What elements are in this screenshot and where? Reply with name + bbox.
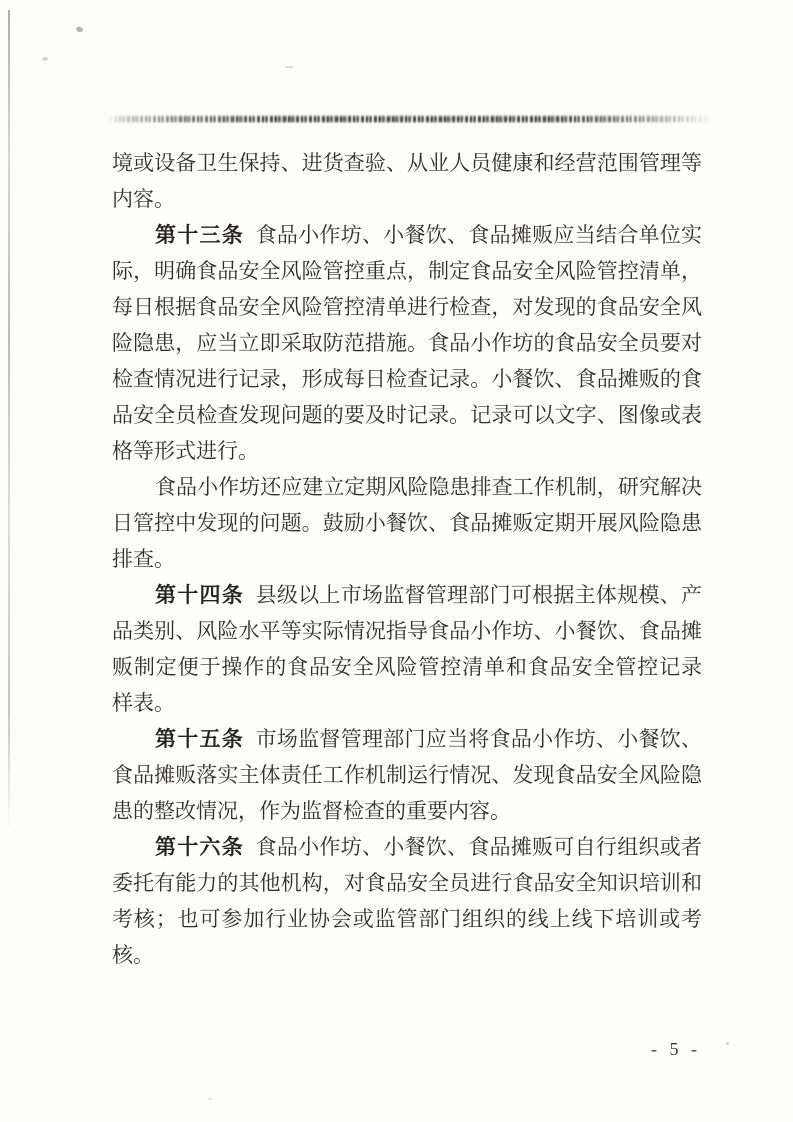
line-text: 格等形式进行。 xyxy=(112,439,259,463)
document-line: 贩制定便于操作的食品安全风险管控清单和食品安全管控记录 xyxy=(112,649,702,685)
document-line: 核。 xyxy=(112,937,702,973)
line-text: 食品小作坊、小餐饮、食品摊贩可自行组织或者 xyxy=(256,835,702,859)
line-text: 市场监督管理部门应当将食品小作坊、小餐饮、 xyxy=(256,727,702,751)
scan-edge-line-artifact xyxy=(8,10,10,830)
line-text: 险隐患，应当立即采取防范措施。食品小作坊的食品安全员要对 xyxy=(112,331,702,355)
article-heading: 第十五条 xyxy=(155,728,244,751)
document-line: 第十四条县级以上市场监督管理部门可根据主体规模、产 xyxy=(112,577,702,613)
line-text: 食品摊贩落实主体责任工作机制运行情况、发现食品安全风险隐 xyxy=(112,763,702,787)
document-line: 第十五条市场监督管理部门应当将食品小作坊、小餐饮、 xyxy=(112,721,702,757)
line-text: 考核；也可参加行业协会或监管部门组织的线上线下培训或考 xyxy=(112,907,702,931)
line-text: 际，明确食品安全风险管控重点，制定食品安全风险管控清单， xyxy=(112,259,702,283)
document-line: 险隐患，应当立即采取防范措施。食品小作坊的食品安全员要对 xyxy=(112,325,702,361)
document-line: 委托有能力的其他机构，对食品安全员进行食品安全知识培训和 xyxy=(112,865,702,901)
line-text: 食品小作坊、小餐饮、食品摊贩应当结合单位实 xyxy=(256,223,702,247)
document-line: 第十三条食品小作坊、小餐饮、食品摊贩应当结合单位实 xyxy=(112,217,702,253)
line-text: 县级以上市场监督管理部门可根据主体规模、产 xyxy=(256,583,702,607)
line-text: 贩制定便于操作的食品安全风险管控清单和食品安全管控记录 xyxy=(112,655,702,679)
line-text: 检查情况进行记录，形成每日检查记录。小餐饮、食品摊贩的食 xyxy=(112,367,702,391)
line-text: 境或设备卫生保持、进货查验、从业人员健康和经营范围管理等 xyxy=(112,151,702,175)
line-text: 品类别、风险水平等实际情况指导食品小作坊、小餐饮、食品摊 xyxy=(112,619,702,643)
line-text: 患的整改情况，作为监督检查的重要内容。 xyxy=(112,799,511,823)
document-line: 品安全员检查发现问题的要及时记录。记录可以文字、图像或表 xyxy=(112,397,702,433)
scan-smudge-artifact xyxy=(106,112,712,126)
article-heading: 第十四条 xyxy=(155,584,244,607)
document-line: 样表。 xyxy=(112,685,702,721)
document-line: 际，明确食品安全风险管控重点，制定食品安全风险管控清单， xyxy=(112,253,702,289)
scan-speck xyxy=(208,1098,212,1100)
document-line: 格等形式进行。 xyxy=(112,433,702,469)
document-line: 内容。 xyxy=(112,181,702,217)
document-line: 品类别、风险水平等实际情况指导食品小作坊、小餐饮、食品摊 xyxy=(112,613,702,649)
document-line: 考核；也可参加行业协会或监管部门组织的线上线下培训或考 xyxy=(112,901,702,937)
document-line: 第十六条食品小作坊、小餐饮、食品摊贩可自行组织或者 xyxy=(112,829,702,865)
scan-speck xyxy=(75,26,83,33)
document-line: 患的整改情况，作为监督检查的重要内容。 xyxy=(112,793,702,829)
line-text: 品安全员检查发现问题的要及时记录。记录可以文字、图像或表 xyxy=(112,403,702,427)
scan-smudge-texture xyxy=(106,115,712,123)
document-line: 境或设备卫生保持、进货查验、从业人员健康和经营范围管理等 xyxy=(112,145,702,181)
scan-speck xyxy=(726,1042,729,1045)
line-text: 内容。 xyxy=(112,187,175,211)
scanned-document-page: 境或设备卫生保持、进货查验、从业人员健康和经营范围管理等内容。第十三条食品小作坊… xyxy=(0,0,793,1122)
document-line: 日管控中发现的问题。鼓励小餐饮、食品摊贩定期开展风险隐患 xyxy=(112,505,702,541)
document-line: 排查。 xyxy=(112,541,702,577)
scan-speck xyxy=(42,57,48,61)
document-body: 境或设备卫生保持、进货查验、从业人员健康和经营范围管理等内容。第十三条食品小作坊… xyxy=(112,145,702,973)
document-line: 每日根据食品安全风险管控清单进行检查，对发现的食品安全风 xyxy=(112,289,702,325)
document-line: 食品小作坊还应建立定期风险隐患排查工作机制，研究解决 xyxy=(112,469,702,505)
page-number: - 5 - xyxy=(646,1036,706,1062)
line-text: 食品小作坊还应建立定期风险隐患排查工作机制，研究解决 xyxy=(155,475,702,499)
line-text: 每日根据食品安全风险管控清单进行检查，对发现的食品安全风 xyxy=(112,295,702,319)
document-line: 检查情况进行记录，形成每日检查记录。小餐饮、食品摊贩的食 xyxy=(112,361,702,397)
article-heading: 第十六条 xyxy=(155,836,244,859)
line-text: 核。 xyxy=(112,943,154,967)
scan-speck xyxy=(285,66,293,68)
line-text: 排查。 xyxy=(112,547,175,571)
line-text: 委托有能力的其他机构，对食品安全员进行食品安全知识培训和 xyxy=(112,871,702,895)
document-line: 食品摊贩落实主体责任工作机制运行情况、发现食品安全风险隐 xyxy=(112,757,702,793)
article-heading: 第十三条 xyxy=(155,224,244,247)
line-text: 样表。 xyxy=(112,691,175,715)
line-text: 日管控中发现的问题。鼓励小餐饮、食品摊贩定期开展风险隐患 xyxy=(112,511,702,535)
